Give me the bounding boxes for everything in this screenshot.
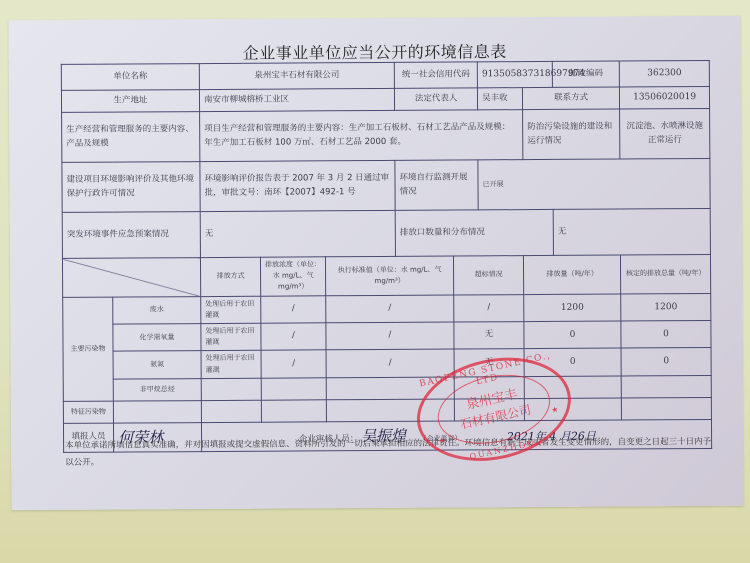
- pollutant-amount: 0: [524, 321, 621, 349]
- pollutant-standard: /: [326, 295, 454, 323]
- pollutant-name: 废水: [113, 296, 201, 324]
- pollutant-row: 化学需氧量 处理后用于农田灌溉 / / 无 0 0: [63, 320, 711, 351]
- row-basic-1: 单位名称 泉州宝丰石材有限公司 统一社会信用代码 913505837318697…: [61, 60, 709, 90]
- outlet-value: 无: [553, 208, 710, 255]
- special-empty: [621, 397, 711, 420]
- header-standard: 执行标准值（单位：水 mg/L、气 mg/m³）: [325, 256, 453, 295]
- pollutant-approved: [621, 375, 711, 398]
- pollutant-row: 主要污染物 废水 处理后用于农田灌溉 / / / 1200 1200: [63, 293, 711, 324]
- legal-rep-label: 法定代表人: [394, 88, 477, 111]
- unit-name-value: 泉州宝丰石材有限公司: [199, 62, 394, 89]
- legal-rep-value: 吴丰收: [478, 88, 523, 110]
- header-concentration: 排放浓度（单位：水 mg/L、气 mg/m³）: [260, 257, 325, 296]
- pollutant-standard: /: [326, 322, 454, 350]
- pollutant-method: 处理后用于农田灌溉: [201, 351, 261, 379]
- pollutant-concentration: /: [261, 323, 326, 351]
- document-paper: 企业事业单位应当公开的环境信息表 单位名称 泉州宝丰石材有限公司 统一社会信用代…: [9, 16, 744, 510]
- business-content: 项目生产经营和管理服务的主要内容：生产加工石板材、石材工艺品产品及规模：年生产加…: [200, 110, 523, 162]
- seal-star-icon: ★: [438, 435, 447, 445]
- emergency-value: 无: [200, 210, 395, 257]
- outlet-label: 排放口数量和分布情况: [395, 209, 553, 256]
- pollutant-name: 氨氮: [113, 351, 201, 379]
- pollutant-name: 化学需氧量: [113, 324, 201, 352]
- main-pollutants-label: 主要污染物: [63, 297, 114, 401]
- special-pollutants-label: 特征污染物: [63, 401, 113, 423]
- pollutant-approved: 0: [621, 320, 711, 348]
- emergency-label: 突发环境事件应急预案情况: [62, 212, 200, 259]
- pollutant-concentration: [261, 377, 326, 399]
- commitment-note: 本单位承诺所填信息真实准确，并对因填报或提交虚假信息、资料所引发的一切后果承担相…: [65, 434, 715, 472]
- header-method: 排放方式: [200, 257, 260, 296]
- special-empty: [201, 400, 261, 422]
- pollutant-method: 处理后用于农田灌溉: [201, 323, 261, 351]
- monitoring-label: 环境自行监测开展情况: [395, 160, 478, 211]
- pollution-facility-value: 沉淀池、水喷淋设施正常运行: [620, 108, 710, 159]
- address-label: 生产地址: [61, 90, 199, 113]
- address-value: 南安市柳城榕桥工业区: [199, 88, 394, 111]
- pollutant-concentration: /: [261, 295, 326, 323]
- eia-label: 建设项目环境影响评价及其他环境保护行政许可情况: [62, 162, 200, 213]
- row-eia: 建设项目环境影响评价及其他环境保护行政许可情况 环境影响评价报告表于 2007 …: [62, 158, 710, 212]
- monitoring-value: 已开展: [478, 158, 710, 209]
- header-exceed: 超标情况: [454, 256, 524, 295]
- header-approved: 核定的排放总量（吨/年）: [621, 254, 711, 293]
- pollutant-approved: 1200: [621, 293, 711, 321]
- pollutant-exceed: 无: [454, 322, 524, 350]
- contact-label: 联系方式: [523, 87, 620, 110]
- pollutant-name: 非甲烷总烃: [113, 378, 201, 401]
- eia-content: 环境影响评价报告表于 2007 年 3 月 2 日通过审批，审批文号：南环【20…: [200, 160, 395, 211]
- row-pollutant-header: 排放方式 排放浓度（单位：水 mg/L、气 mg/m³） 执行标准值（单位：水 …: [62, 254, 710, 297]
- unit-name-label: 单位名称: [61, 64, 199, 91]
- pollutant-concentration: /: [261, 350, 326, 378]
- pollutant-amount: 1200: [524, 294, 621, 322]
- business-label: 生产经营和管理服务的主要内容、产品及规模: [62, 112, 200, 163]
- contact-value: 13506020019: [620, 86, 710, 109]
- pollutant-method: 处理后用于农田灌溉: [201, 296, 261, 324]
- pollutant-exceed: /: [454, 294, 524, 322]
- pollution-facility-label: 防治污染设施的建设和运行情况: [523, 109, 620, 160]
- pollutant-method: [201, 378, 261, 400]
- special-empty: [113, 400, 201, 423]
- environment-info-table: 单位名称 泉州宝丰石材有限公司 统一社会信用代码 913505837318697…: [61, 60, 712, 453]
- pollutant-standard: /: [326, 349, 454, 377]
- row-business: 生产经营和管理服务的主要内容、产品及规模 项目生产经营和管理服务的主要内容：生产…: [62, 108, 710, 162]
- row-emergency: 突发环境事件应急预案情况 无 排放口数量和分布情况 无: [62, 208, 710, 258]
- postal-code-value: 362300: [619, 60, 709, 87]
- credit-code-label: 统一社会信用代码: [394, 62, 477, 89]
- pollutant-row: 氨氮 处理后用于农田灌溉 / / 无 0 0: [63, 348, 711, 379]
- credit-code-value: 913505837318697974: [477, 61, 552, 87]
- diagonal-header-cell: [62, 258, 200, 297]
- pollutant-approved: 0: [621, 348, 711, 376]
- header-amount: 排放量（吨/年）: [524, 255, 621, 294]
- special-empty: [261, 399, 326, 421]
